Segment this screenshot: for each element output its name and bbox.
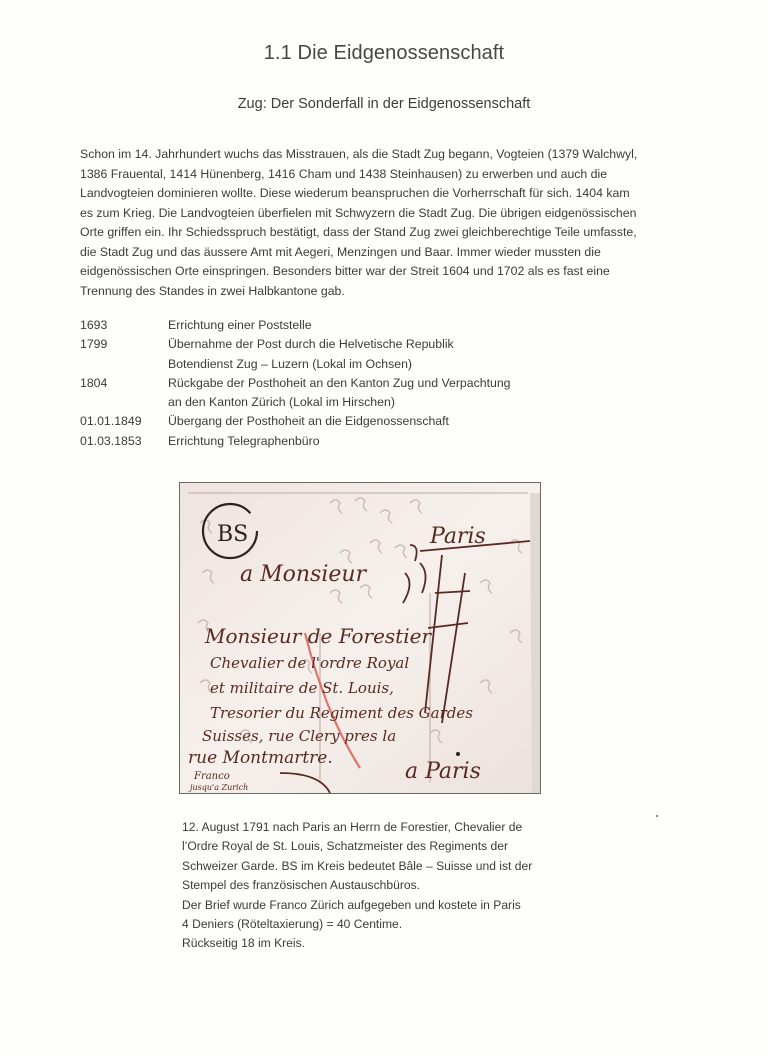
intro-line: 1386 Frauental, 1414 Hünenberg, 1416 Cha… <box>80 165 680 185</box>
svg-text:a Monsieur: a Monsieur <box>240 562 368 587</box>
intro-line: Landvogteien dominieren wollte. Diese wi… <box>80 184 680 204</box>
page-title: 1.1 Die Eidgenossenschaft <box>0 42 768 65</box>
svg-text:rue Montmartre.: rue Montmartre. <box>188 748 333 768</box>
timeline-line: Errichtung Telegraphenbüro <box>168 432 320 451</box>
timeline-text: Rückgabe der Posthoheit an den Kanton Zu… <box>168 374 511 413</box>
timeline-line: Übergang der Posthoheit an die Eidgenoss… <box>168 412 449 431</box>
caption-line: Rückseitig 18 im Kreis. <box>182 934 562 953</box>
caption-line: Stempel des französischen Austauschbüros… <box>182 876 562 895</box>
timeline-row: 1693 Errichtung einer Poststelle <box>80 316 580 335</box>
timeline-text: Übernahme der Post durch die Helvetische… <box>168 335 454 374</box>
timeline-line: an den Kanton Zürich (Lokal im Hirschen) <box>168 393 511 412</box>
svg-text:BS: BS <box>217 522 248 547</box>
svg-text:Franco: Franco <box>193 771 230 782</box>
timeline-row: 01.01.1849 Übergang der Posthoheit an di… <box>80 412 580 431</box>
intro-paragraph: Schon im 14. Jahrhundert wuchs das Misst… <box>80 145 680 301</box>
caption-line: l’Ordre Royal de St. Louis, Schatzmeiste… <box>182 837 562 856</box>
letter-caption: 12. August 1791 nach Paris an Herrn de F… <box>182 818 562 954</box>
svg-text:Chevalier de l'ordre Royal: Chevalier de l'ordre Royal <box>210 654 409 672</box>
timeline-line: Übernahme der Post durch die Helvetische… <box>168 335 454 354</box>
postal-timeline: 1693 Errichtung einer Poststelle 1799 Üb… <box>80 316 580 451</box>
svg-text:Suisses, rue Clery pres la: Suisses, rue Clery pres la <box>202 727 396 745</box>
timeline-row: 01.03.1853 Errichtung Telegraphenbüro <box>80 432 580 451</box>
intro-line: es zum Krieg. Die Landvogteien überfiele… <box>80 204 680 224</box>
timeline-text: Errichtung Telegraphenbüro <box>168 432 320 451</box>
intro-line: Trennung des Standes in zwei Halbkantone… <box>80 282 680 302</box>
timeline-date: 1799 <box>80 335 168 374</box>
timeline-line: Botendienst Zug – Luzern (Lokal im Ochse… <box>168 355 454 374</box>
svg-text:jusqu'a Zurich: jusqu'a Zurich <box>188 783 248 792</box>
scan-speck <box>656 815 658 817</box>
intro-line: Schon im 14. Jahrhundert wuchs das Misst… <box>80 145 680 165</box>
timeline-row: 1804 Rückgabe der Posthoheit an den Kant… <box>80 374 580 413</box>
caption-line: Schweizer Garde. BS im Kreis bedeutet Bâ… <box>182 857 562 876</box>
timeline-text: Übergang der Posthoheit an die Eidgenoss… <box>168 412 449 431</box>
handwritten-letter-illustration: BS Paris a Monsieur Monsieur de Forestie… <box>180 483 540 793</box>
svg-text:Monsieur de Forestier: Monsieur de Forestier <box>204 624 432 648</box>
timeline-date: 01.01.1849 <box>80 412 168 431</box>
svg-text:Tresorier du Regiment des Gard: Tresorier du Regiment des Gardes <box>210 704 473 722</box>
section-subtitle: Zug: Der Sonderfall in der Eidgenossensc… <box>0 96 768 112</box>
svg-text:et militaire de St. Louis,: et militaire de St. Louis, <box>210 679 394 697</box>
caption-line: Der Brief wurde Franco Zürich aufgegeben… <box>182 896 562 915</box>
intro-line: eidgenössischen Orte einspringen. Besond… <box>80 262 680 282</box>
timeline-date: 01.03.1853 <box>80 432 168 451</box>
intro-line: Orte griffen ein. Ihr Schiedsspruch best… <box>80 223 680 243</box>
intro-line: die Stadt Zug und das äussere Amt mit Ae… <box>80 243 680 263</box>
caption-line: 12. August 1791 nach Paris an Herrn de F… <box>182 818 562 837</box>
timeline-date: 1804 <box>80 374 168 413</box>
caption-line: 4 Deniers (Röteltaxierung) = 40 Centime. <box>182 915 562 934</box>
svg-text:a Paris: a Paris <box>405 759 481 784</box>
timeline-line: Rückgabe der Posthoheit an den Kanton Zu… <box>168 374 511 393</box>
timeline-date: 1693 <box>80 316 168 335</box>
timeline-text: Errichtung einer Poststelle <box>168 316 312 335</box>
letter-image: BS Paris a Monsieur Monsieur de Forestie… <box>179 482 541 794</box>
timeline-line: Errichtung einer Poststelle <box>168 316 312 335</box>
timeline-row: 1799 Übernahme der Post durch die Helvet… <box>80 335 580 374</box>
